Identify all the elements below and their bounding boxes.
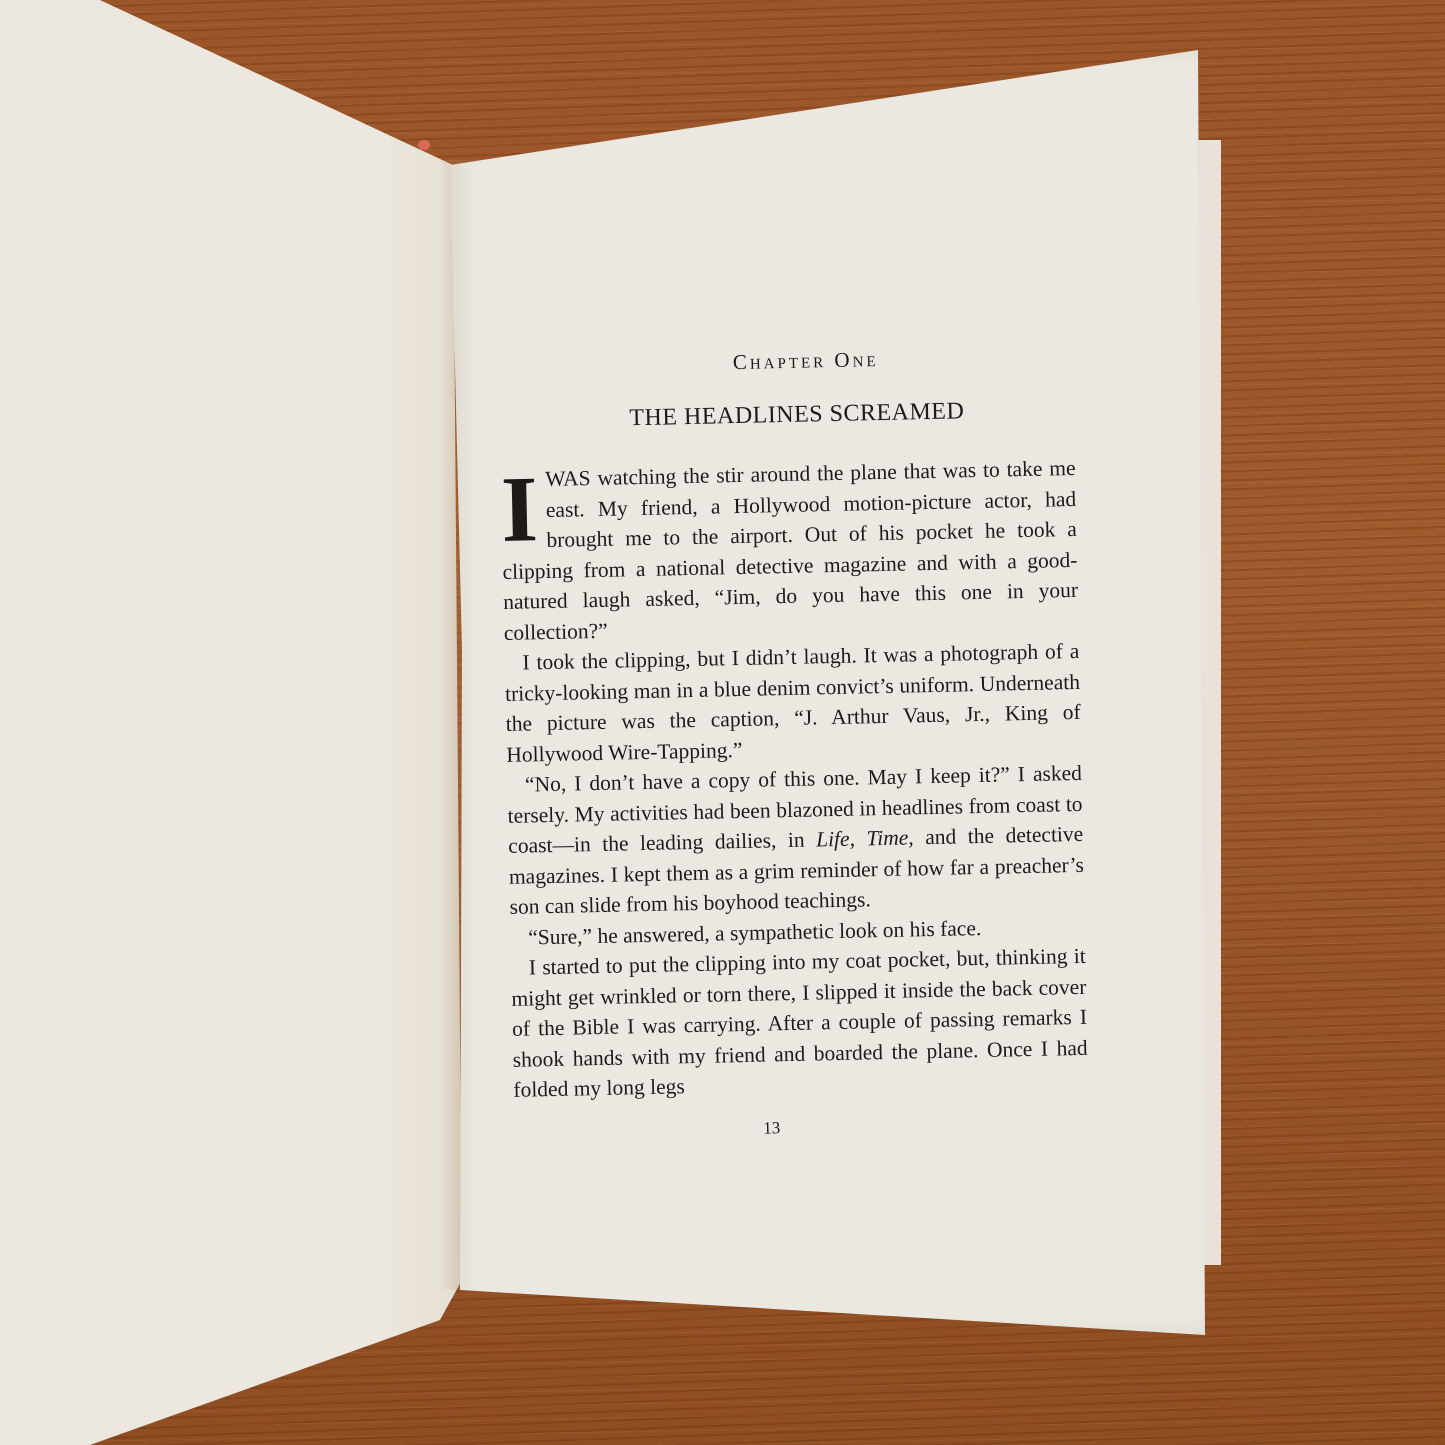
paragraph: I took the clipping, but I didn’t laugh.… (504, 636, 1081, 770)
left-page-blank (0, 0, 470, 1445)
italic-time: Time, (866, 825, 914, 850)
page-text-block: Chapter One THE HEADLINES SCREAMED IWAS … (498, 343, 1089, 1143)
bookmark-ribbon (418, 140, 430, 150)
paragraph: IWAS watching the stir around the plane … (500, 453, 1079, 648)
small-caps-word: WAS (545, 466, 591, 491)
drop-cap: I (500, 470, 538, 549)
italic-life: Life, (816, 827, 855, 852)
paragraph: “No, I don’t have a copy of this one. Ma… (507, 758, 1085, 923)
paragraph: I started to put the clipping into my co… (511, 941, 1089, 1106)
body-text: IWAS watching the stir around the plane … (500, 453, 1088, 1105)
chapter-title: THE HEADLINES SCREAMED (499, 396, 1074, 435)
